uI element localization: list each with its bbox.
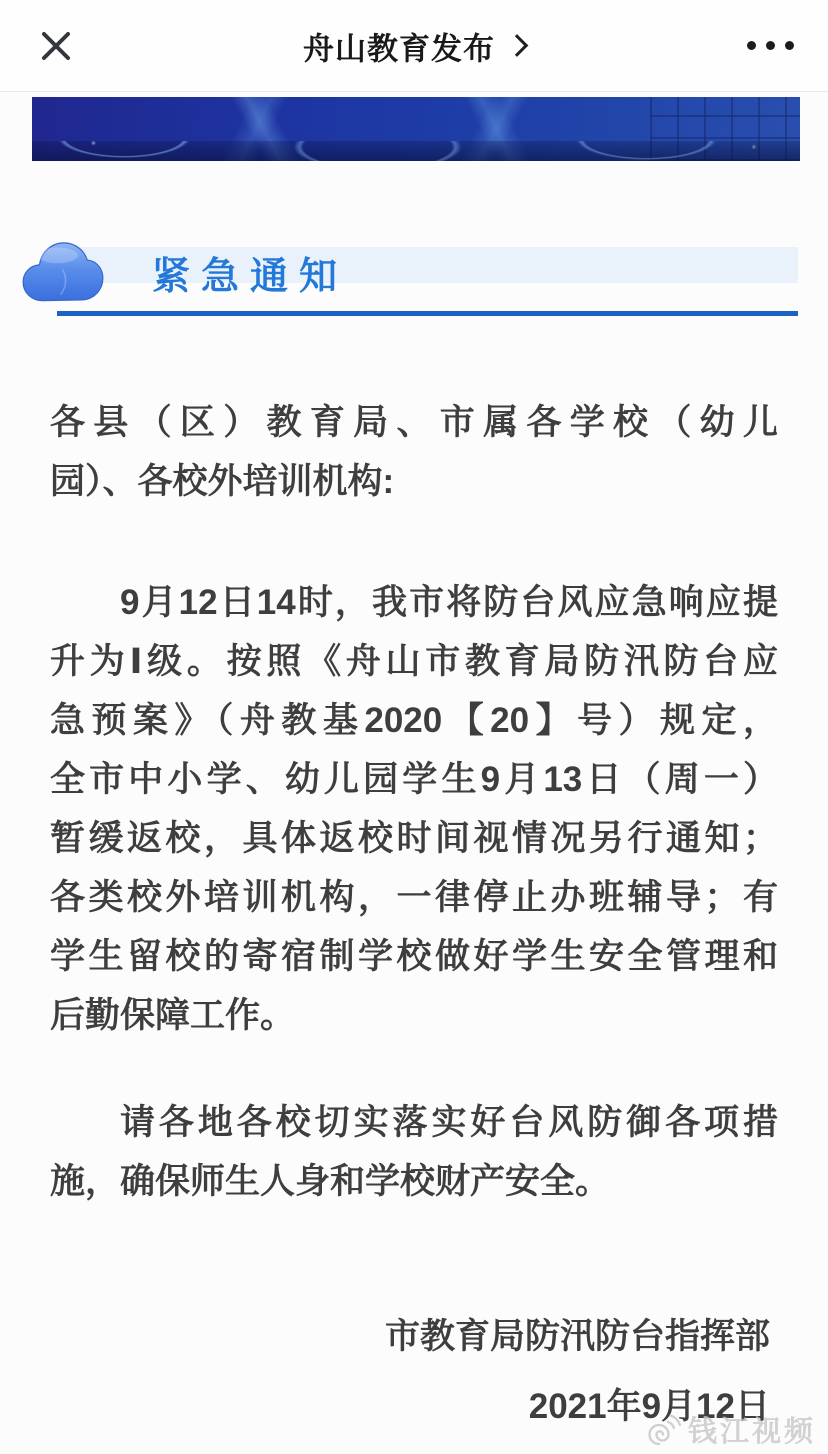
paragraph-main: 9月12日14时，我市将防台风应急响应提 升为Ⅰ级。按照《舟山市教育局防汛防台应… bbox=[50, 573, 778, 1045]
body-line: 全市中小学、幼儿园学生9月13日（周一） bbox=[50, 750, 778, 809]
ellipsis-dot-icon bbox=[747, 41, 756, 50]
body-line: 各县（区）教育局、市属各学校（幼儿 bbox=[50, 393, 778, 452]
notice-body: 各县（区）教育局、市属各学校（幼儿 园）、各校外培训机构: 9月12日14时，我… bbox=[0, 393, 828, 1211]
watermark: 钱江视频 bbox=[640, 1409, 816, 1450]
paragraph-closing: 请各地各校切实落实好台风防御各项措 施，确保师生人身和学校财产安全。 bbox=[50, 1093, 778, 1211]
heading-underline bbox=[57, 311, 798, 316]
more-button[interactable] bbox=[747, 31, 794, 60]
ellipsis-dot-icon bbox=[766, 41, 775, 50]
paragraph-recipients: 各县（区）教育局、市属各学校（幼儿 园）、各校外培训机构: bbox=[50, 393, 778, 511]
close-button[interactable] bbox=[34, 24, 78, 68]
body-line: 学生留校的寄宿制学校做好学生安全管理和 bbox=[50, 927, 778, 986]
cloud-icon bbox=[20, 231, 106, 311]
body-line: 园）、各校外培训机构: bbox=[50, 452, 778, 511]
body-line: 升为Ⅰ级。按照《舟山市教育局防汛防台应 bbox=[50, 632, 778, 691]
close-icon bbox=[39, 29, 73, 63]
qianjiang-video-logo-icon bbox=[640, 1411, 682, 1449]
body-line: 9月12日14时，我市将防台风应急响应提 bbox=[50, 573, 778, 632]
banner-image bbox=[32, 97, 800, 161]
ellipsis-dot-icon bbox=[785, 41, 794, 50]
banner-grid-texture bbox=[650, 97, 800, 161]
notice-heading: 紧急通知 bbox=[0, 239, 828, 323]
watermark-text: 钱江视频 bbox=[688, 1409, 816, 1450]
wechat-article-page: 舟山教育发布 紧急通知 bbox=[0, 0, 828, 1454]
body-line: 各类校外培训机构，一律停止办班辅导；有 bbox=[50, 868, 778, 927]
navbar: 舟山教育发布 bbox=[0, 0, 828, 92]
page-title: 舟山教育发布 bbox=[303, 23, 495, 68]
body-line: 请各地各校切实落实好台风防御各项措 bbox=[50, 1093, 778, 1152]
signature-org: 市教育局防汛防台指挥部 bbox=[0, 1307, 770, 1367]
account-title-link[interactable]: 舟山教育发布 bbox=[303, 23, 525, 68]
body-line: 后勤保障工作。 bbox=[50, 986, 778, 1045]
chevron-right-icon bbox=[506, 34, 529, 57]
body-line: 急预案》（舟教基2020【20】号）规定， bbox=[50, 691, 778, 750]
body-line: 暂缓返校，具体返校时间视情况另行通知； bbox=[50, 809, 778, 868]
body-line: 施，确保师生人身和学校财产安全。 bbox=[50, 1152, 778, 1211]
notice-title: 紧急通知 bbox=[152, 245, 348, 300]
